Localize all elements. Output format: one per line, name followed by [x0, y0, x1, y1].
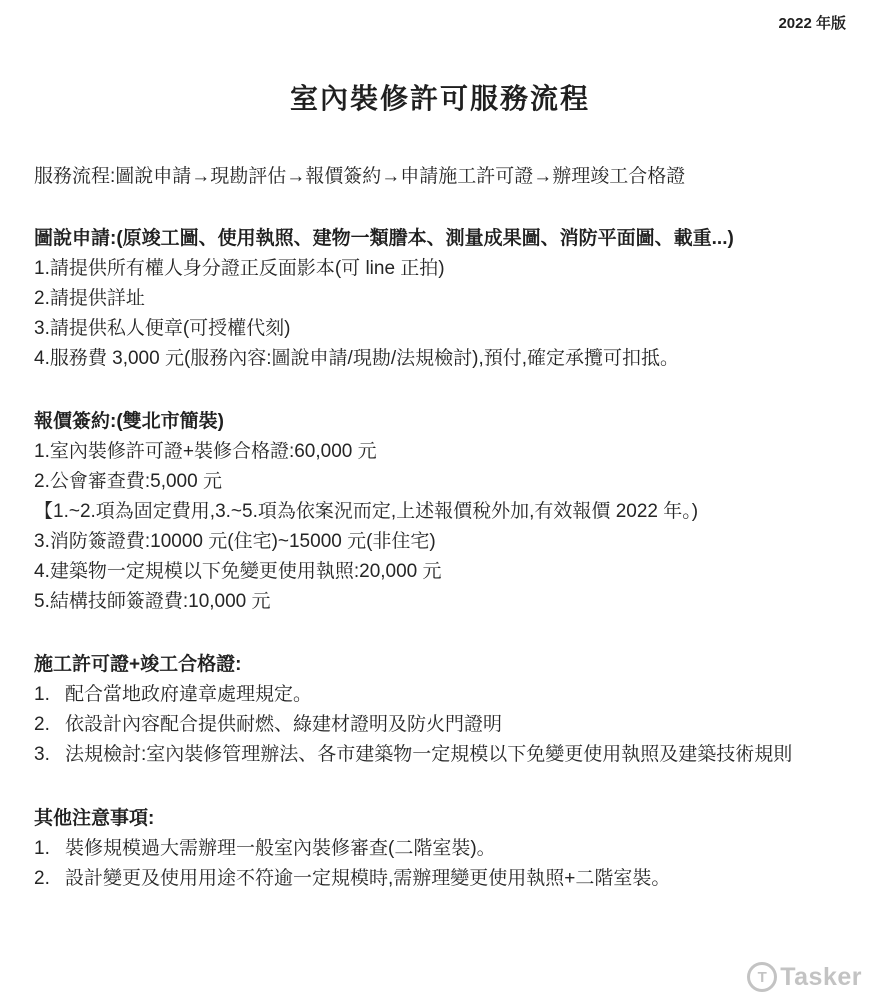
section-line: 1.請提供所有權人身分證正反面影本(可 line 正拍)	[34, 254, 846, 284]
list-item-text: 設計變更及使用用途不符逾一定規模時,需辦理變更使用執照+二階室裝。	[65, 864, 846, 894]
list-item: 1. 裝修規模過大需辦理一般室內裝修審查(二階室裝)。	[34, 834, 846, 864]
list-item: 3. 法規檢討:室內裝修管理辦法、各市建築物一定規模以下免變更使用執照及建築技術…	[34, 740, 846, 770]
list-item-text: 依設計內容配合提供耐燃、綠建材證明及防火門證明	[65, 710, 846, 740]
list-item-number: 3.	[34, 740, 65, 770]
tasker-watermark: T Tasker	[747, 962, 862, 992]
list-item-number: 1.	[34, 834, 65, 864]
list-item-text: 配合當地政府違章處理規定。	[65, 680, 846, 710]
section-line: 5.結構技師簽證費:10,000 元	[34, 587, 846, 617]
document-page: 2022 年版 室內裝修許可服務流程 服務流程:圖說申請→現勘評估→報價簽約→申…	[0, 0, 882, 1000]
section-line: 2.公會審查費:5,000 元	[34, 467, 846, 497]
list-item-number: 2.	[34, 864, 65, 894]
section-line: 3.消防簽證費:10000 元(住宅)~15000 元(非住宅)	[34, 527, 846, 557]
section-heading: 其他注意事項:	[34, 804, 846, 834]
service-flow-line: 服務流程:圖說申請→現勘評估→報價簽約→申請施工許可證→辦理竣工合格證	[34, 162, 846, 192]
numbered-list: 1. 裝修規模過大需辦理一般室內裝修審查(二階室裝)。 2. 設計變更及使用用途…	[34, 834, 846, 894]
section-heading: 施工許可證+竣工合格證:	[34, 650, 846, 680]
list-item-number: 2.	[34, 710, 65, 740]
tasker-watermark-text: Tasker	[780, 963, 862, 992]
list-item: 1. 配合當地政府違章處理規定。	[34, 680, 846, 710]
version-label: 2022 年版	[34, 14, 846, 34]
list-item: 2. 設計變更及使用用途不符逾一定規模時,需辦理變更使用執照+二階室裝。	[34, 864, 846, 894]
section-heading: 報價簽約:(雙北市簡裝)	[34, 407, 846, 437]
section-quotation-contract: 報價簽約:(雙北市簡裝) 1.室內裝修許可證+裝修合格證:60,000 元 2.…	[34, 407, 846, 617]
section-line: 4.服務費 3,000 元(服務內容:圖說申請/現勘/法規檢討),預付,確定承攬…	[34, 344, 846, 374]
list-item-text: 裝修規模過大需辦理一般室內裝修審查(二階室裝)。	[65, 834, 846, 864]
section-line: 2.請提供詳址	[34, 284, 846, 314]
numbered-list: 1. 配合當地政府違章處理規定。 2. 依設計內容配合提供耐燃、綠建材證明及防火…	[34, 680, 846, 770]
section-note-line: 【1.~2.項為固定費用,3.~5.項為依案況而定,上述報價稅外加,有效報價 2…	[34, 497, 846, 527]
section-heading: 圖說申請:(原竣工圖、使用執照、建物一類謄本、測量成果圖、消防平面圖、載重...…	[34, 224, 846, 254]
list-item-text: 法規檢討:室內裝修管理辦法、各市建築物一定規模以下免變更使用執照及建築技術規則	[65, 740, 846, 770]
section-other-notes: 其他注意事項: 1. 裝修規模過大需辦理一般室內裝修審查(二階室裝)。 2. 設…	[34, 804, 846, 894]
section-plan-application: 圖說申請:(原竣工圖、使用執照、建物一類謄本、測量成果圖、消防平面圖、載重...…	[34, 224, 846, 374]
tasker-logo-icon: T	[747, 962, 777, 992]
section-line: 1.室內裝修許可證+裝修合格證:60,000 元	[34, 437, 846, 467]
list-item-number: 1.	[34, 680, 65, 710]
page-title: 室內裝修許可服務流程	[34, 80, 846, 118]
section-construction-permit: 施工許可證+竣工合格證: 1. 配合當地政府違章處理規定。 2. 依設計內容配合…	[34, 650, 846, 770]
list-item: 2. 依設計內容配合提供耐燃、綠建材證明及防火門證明	[34, 710, 846, 740]
section-line: 3.請提供私人便章(可授權代刻)	[34, 314, 846, 344]
section-line: 4.建築物一定規模以下免變更使用執照:20,000 元	[34, 557, 846, 587]
